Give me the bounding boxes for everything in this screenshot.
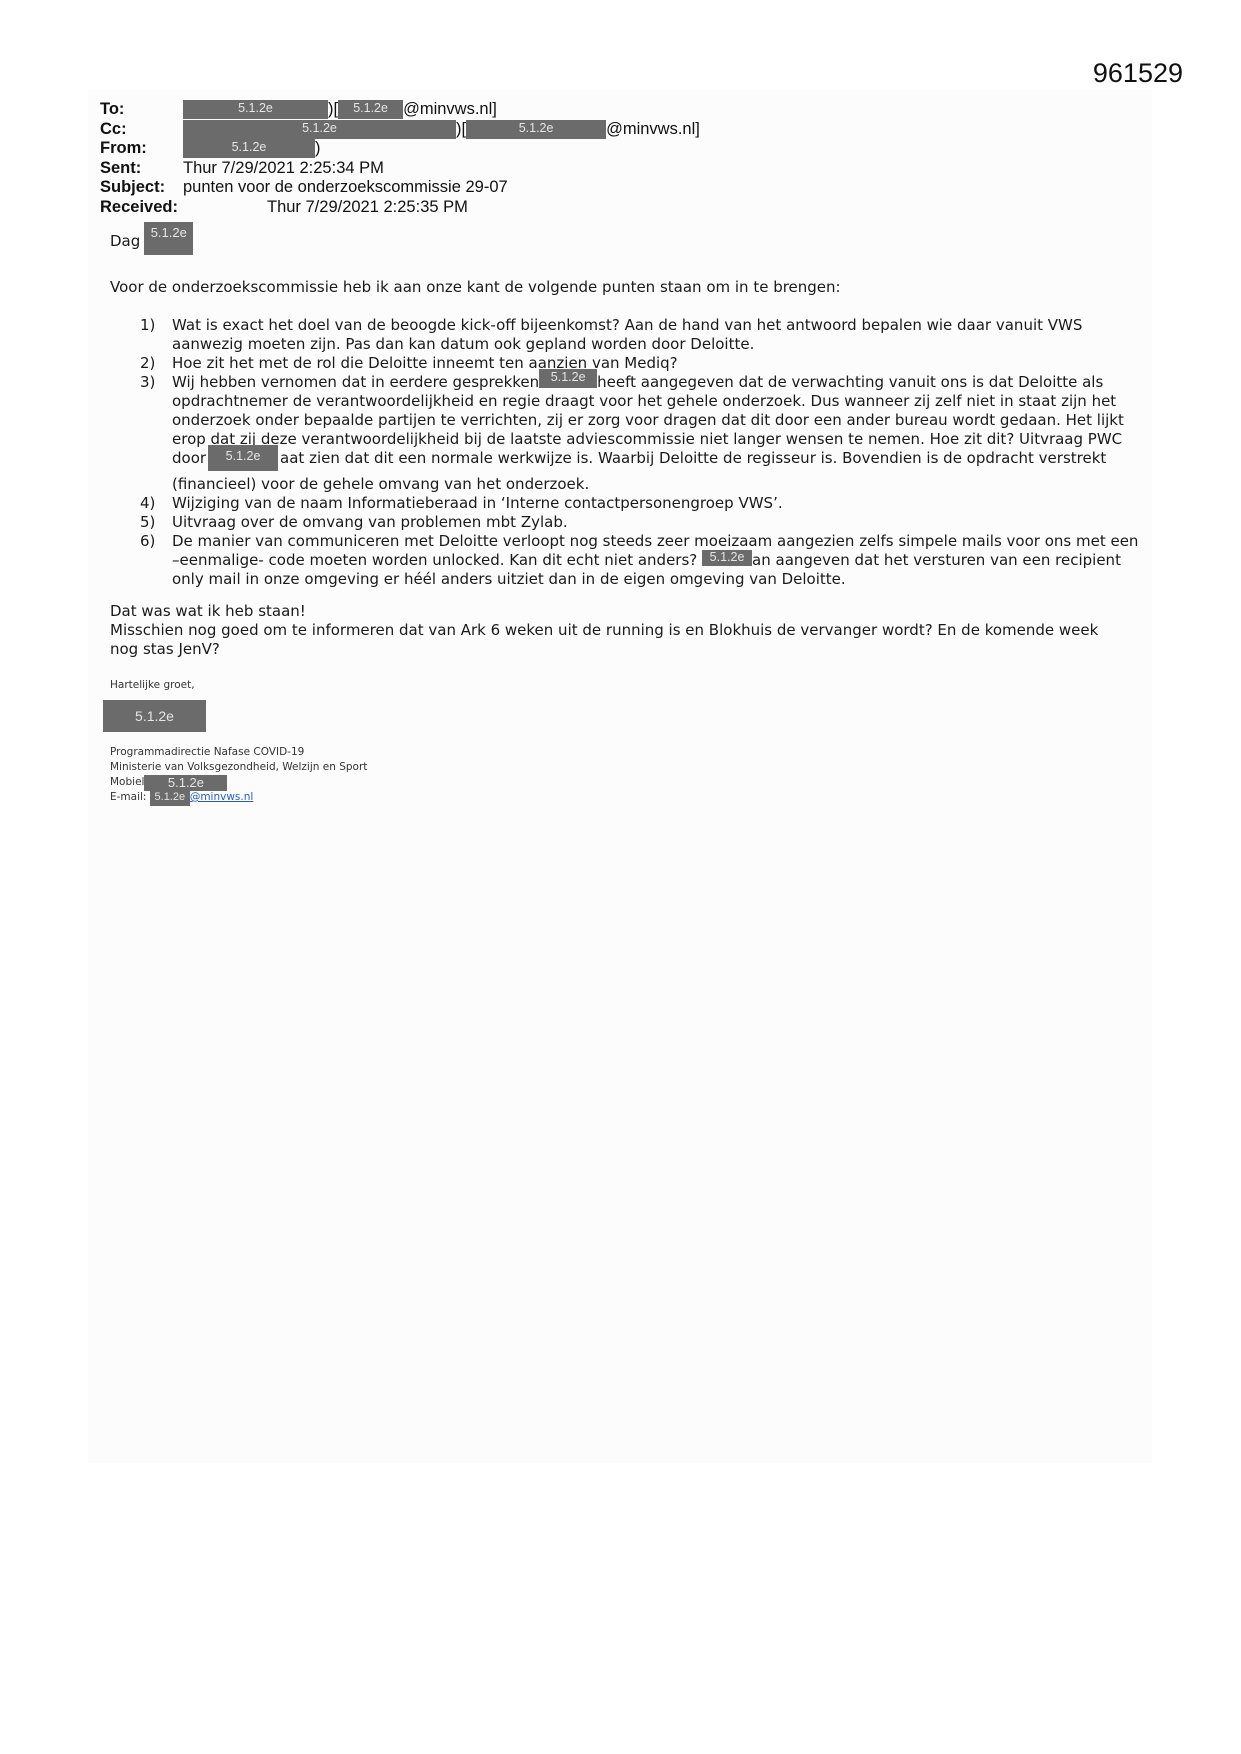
closing-line-1: Dat was wat ik heb staan! — [110, 602, 1110, 621]
list-item: 1) Wat is exact het doel van de beoogde … — [140, 316, 1140, 354]
cc-label: Cc: — [100, 120, 127, 140]
sign-off: Hartelijke groet, — [110, 678, 195, 693]
email-line: E-mail: 5.1.2e@minvws.nl — [110, 790, 367, 805]
list-item: 2) Hoe zit het met de rol die Deloitte i… — [140, 354, 1140, 373]
document-number: 961529 — [1093, 58, 1183, 89]
org-line-2: Ministerie van Volksgezondheid, Welzijn … — [110, 760, 367, 775]
redaction-box: 5.1.2e — [702, 550, 752, 566]
email-label: E-mail: — [110, 791, 146, 803]
to-value: 5.1.2e)[5.1.2e@minvws.nl] — [183, 100, 497, 120]
list-item: 6) De manier van communiceren met Deloit… — [140, 532, 1140, 589]
item-number: 4) — [140, 494, 155, 513]
redaction-box: 5.1.2e — [103, 700, 206, 732]
from-value: 5.1.2e) — [183, 139, 321, 159]
signature-lines: Programmadirectie Nafase COVID-19 Minist… — [110, 745, 367, 805]
item-text-part: Wij hebben vernomen dat in eerdere gespr… — [172, 373, 539, 391]
to-separator: )[ — [328, 100, 338, 118]
item-text: Wij hebben vernomen dat in eerdere gespr… — [172, 373, 1140, 494]
from-suffix: ) — [315, 139, 321, 157]
redaction-box: 5.1.2e — [183, 120, 456, 139]
item-text: Wijziging van de naam Informatieberaad i… — [172, 494, 1140, 513]
mobile-line: Mobiel5.1.2e — [110, 775, 367, 790]
item-text: Wat is exact het doel van de beoogde kic… — [172, 316, 1140, 354]
closing-line-2: Misschien nog goed om te informeren dat … — [110, 621, 1110, 659]
item-number: 1) — [140, 316, 155, 335]
from-label: From: — [100, 139, 147, 159]
sent-value: Thur 7/29/2021 2:25:34 PM — [183, 159, 384, 179]
cc-value: 5.1.2e)[5.1.2e@minvws.nl] — [183, 120, 700, 140]
cc-email-domain: @minvws.nl] — [606, 120, 700, 138]
sent-label: Sent: — [100, 159, 141, 179]
redaction-box: 5.1.2e — [183, 100, 328, 119]
item-text-part: aat zien dat dit een normale werkwijze i… — [172, 449, 1106, 493]
to-email-domain: @minvws.nl] — [403, 100, 497, 118]
received-value: Thur 7/29/2021 2:25:35 PM — [267, 198, 468, 218]
redaction-box: 5.1.2e — [183, 139, 315, 158]
intro-text: Voor de onderzoekscommissie heb ik aan o… — [110, 278, 841, 297]
item-text: Uitvraag over de omvang van problemen mb… — [172, 513, 1140, 532]
mobile-label: Mobiel — [110, 776, 144, 788]
subject-label: Subject: — [100, 178, 165, 198]
redaction-box: 5.1.2e — [208, 445, 278, 471]
redaction-box: 5.1.2e — [144, 775, 227, 791]
org-line-1: Programmadirectie Nafase COVID-19 — [110, 745, 367, 760]
item-number: 5) — [140, 513, 155, 532]
greeting: Dag5.1.2e — [110, 232, 193, 265]
greeting-text: Dag — [110, 232, 140, 250]
item-text: Hoe zit het met de rol die Deloitte inne… — [172, 354, 1140, 373]
item-number: 6) — [140, 532, 155, 551]
closing: Dat was wat ik heb staan! Misschien nog … — [110, 602, 1110, 659]
subject-value: punten voor de onderzoekscommissie 29-07 — [183, 178, 508, 198]
redaction-box: 5.1.2e — [539, 369, 597, 388]
list-item: 4) Wijziging van de naam Informatieberaa… — [140, 494, 1140, 513]
redaction-box: 5.1.2e — [338, 100, 403, 119]
item-text: De manier van communiceren met Deloitte … — [172, 532, 1140, 589]
item-number: 2) — [140, 354, 155, 373]
redaction-box: 5.1.2e — [466, 120, 606, 139]
list-item: 5) Uitvraag over de omvang van problemen… — [140, 513, 1140, 532]
redaction-box: 5.1.2e — [144, 222, 193, 255]
email-link[interactable]: @minvws.nl — [190, 791, 253, 803]
points-list: 1) Wat is exact het doel van de beoogde … — [140, 316, 1140, 589]
received-label: Received: — [100, 198, 178, 218]
redaction-box: 5.1.2e — [150, 790, 190, 806]
list-item: 3) Wij hebben vernomen dat in eerdere ge… — [140, 373, 1140, 494]
item-number: 3) — [140, 373, 155, 392]
to-label: To: — [100, 100, 124, 120]
cc-separator: )[ — [456, 120, 466, 138]
